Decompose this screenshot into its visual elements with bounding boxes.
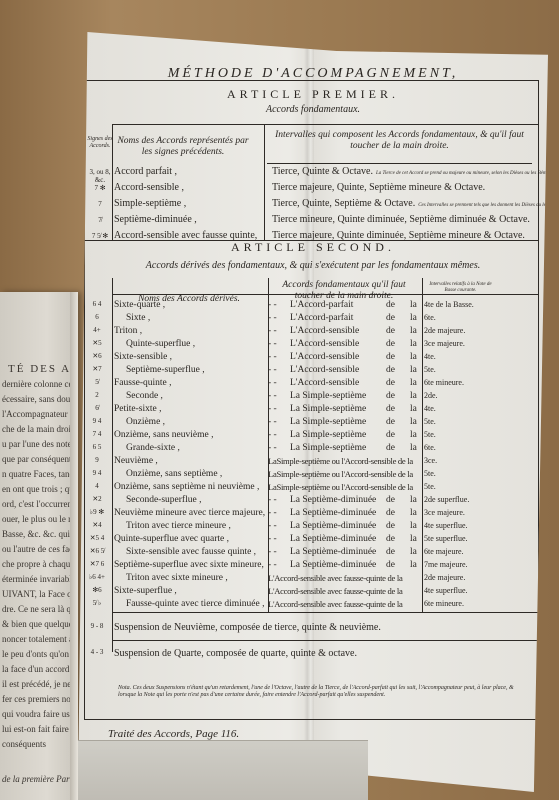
bass-interval: 3ce. — [424, 456, 437, 465]
derived-chord-row: ✕5 4Quinte-superflue avec quarte ,- -La … — [82, 534, 502, 546]
derived-chord-name: Triton avec tierce mineure , — [126, 521, 231, 531]
chord-sign: 7 — [86, 200, 114, 208]
dash-leader: - - — [268, 365, 290, 375]
dash-leader: - - — [268, 495, 290, 505]
bass-interval: 2de majeure. — [424, 573, 465, 582]
chord-sign: 7 ✻ — [86, 184, 114, 192]
fundamental-chord: - -L'Accord-sensibledela — [268, 339, 423, 349]
bass-interval: 3ce majeure. — [424, 508, 465, 517]
dash-leader: - - — [268, 352, 290, 362]
chord-sign: 7̸ — [86, 216, 114, 224]
chord-intervals: Tierce, Quinte & Octave.La Tierce de cet… — [272, 166, 559, 177]
chord-note: Ces Intervalles se prennent tels que les… — [418, 203, 559, 208]
fundamental-chord: - -L'Accord-parfaitdela — [268, 300, 423, 310]
chord-sign: ✕2 — [82, 495, 112, 503]
left-page-line: noncer totalement à la connoissance — [0, 632, 78, 647]
chord-sign: 9 — [82, 456, 112, 464]
derived-chord-row: ✕5Quinte-superflue ,- -L'Accord-sensible… — [82, 339, 502, 351]
derived-chord-name: Septième-superflue , — [126, 365, 205, 375]
left-page-line: fer ces premiers notions à ceux — [0, 692, 78, 707]
derived-chord-row: 5̸ ♭Fausse-quinte avec tierce diminuée ,… — [82, 599, 502, 611]
fundamental-chord: - -La Simple-septièmedela — [268, 391, 423, 401]
left-page-line: ou l'autre de ces faces, mais que — [0, 542, 78, 557]
derived-chord-name: Quinte-superflue avec quarte , — [114, 534, 229, 544]
left-page-line: u par l'une des notes qui le — [0, 437, 78, 452]
chord-sign: 7 4 — [82, 430, 112, 438]
chord-sign: 6 — [82, 313, 112, 321]
fundamental-chord-row: Accord-sensible ,Tierce majeure, Quinte,… — [114, 182, 540, 197]
fundamental-chord: - -La Simple-septièmedela — [268, 404, 423, 414]
derived-chord-name: Petite-sixte , — [114, 404, 162, 414]
dash-leader: - - — [268, 339, 290, 349]
left-page-signature: de la première Partie — [0, 772, 78, 787]
derived-chord-row: ✕7Septième-superflue ,- -L'Accord-sensib… — [82, 365, 502, 377]
chord-sign: 5̸ — [82, 378, 112, 386]
left-page-line: ord, c'est l'occurrence, le son — [0, 497, 78, 512]
left-page-line: conséquents — [0, 737, 78, 752]
derived-chord-name: Quinte-superflue , — [126, 339, 195, 349]
chord-sign: 6̸ — [82, 404, 112, 412]
left-page-line: n quatre Faces, tandis que les — [0, 467, 78, 482]
derived-chord-row: 6 4Sixte-quarte ,- -L'Accord-parfaitdela… — [82, 300, 502, 312]
chord-sign: ♭6 4+ — [82, 573, 112, 581]
derived-chord-row: ♭6 4+Triton avec sixte mineure ,L'Accord… — [82, 573, 502, 585]
derived-chord-name: Grande-sixte , — [126, 443, 180, 453]
left-page-line: UIVANT, la Face qui appelle ou — [0, 587, 78, 602]
chord-sign: 4+ — [82, 326, 112, 334]
left-page-line: & bien que quelques remarques — [0, 617, 78, 632]
derived-chord-row: 9 4Onzième ,- -La Simple-septièmedela5te… — [82, 417, 502, 429]
derived-chord-row: 6 5Grande-sixte ,- -La Simple-septièmede… — [82, 443, 502, 455]
fundamental-chord: - -L'Accord-parfaitdela — [268, 313, 423, 323]
left-page-line: la face d'un accord & celle — [0, 662, 78, 677]
chord-intervals: Tierce majeure, Quinte, Septième mineure… — [272, 182, 488, 193]
left-page-line: que par conséquent les accords — [0, 452, 78, 467]
chord-sign: 3, ou 8, &c. — [86, 168, 114, 184]
derived-chord-name: Onzième, sans septième ni neuvième , — [114, 482, 259, 492]
chord-sign: 9 4 — [82, 469, 112, 477]
bass-interval: 3ce majeure. — [424, 339, 465, 348]
fundamental-chord: - -La Septième-diminuéedela — [268, 521, 423, 531]
derived-chord-name: Onzième, sans neuvième , — [114, 430, 213, 440]
fundamental-chord: LaSimple-septième ou l'Accord-sensible d… — [268, 482, 423, 493]
derived-chord-name: Seconde-superflue , — [126, 495, 201, 505]
bass-interval: 4te superflue. — [424, 586, 468, 595]
bass-interval: 6te majeure. — [424, 547, 464, 556]
derived-chord-row: 5̸Fausse-quinte ,- -L'Accord-sensibledel… — [82, 378, 502, 390]
derived-chord-row: ✕6Sixte-sensible ,- -L'Accord-sensiblede… — [82, 352, 502, 364]
fundamental-chord: L'Accord-sensible avec fausse-quinte de … — [268, 586, 423, 597]
article1-heading: ARTICLE PREMIER. — [78, 87, 548, 102]
col-interval-header: Intervalles relatifs à la Note de Basse … — [423, 282, 498, 294]
bass-interval: 5te. — [424, 417, 436, 426]
fundamental-chord: - -La Septième-diminuéedela — [268, 560, 423, 570]
derived-chord-row: ✕2Seconde-superflue ,- -La Septième-dimi… — [82, 495, 502, 507]
derived-chord-row: 6Sixte ,- -L'Accord-parfaitdela6te. — [82, 313, 502, 325]
dash-leader: - - — [268, 508, 290, 518]
chord-sign: 6 4 — [82, 300, 112, 308]
dash-leader: - - — [268, 404, 290, 414]
fundamental-chord: - -L'Accord-sensibledela — [268, 378, 423, 388]
derived-chord-row: 4Onzième, sans septième ni neuvième ,LaS… — [82, 482, 502, 494]
left-page-text: dernière colonne ce mêmeécessaire, sans … — [0, 377, 78, 752]
fundamental-chord: - -L'Accord-sensibledela — [268, 365, 423, 375]
derived-chord-name: Septième-superflue avec sixte mineure, — [114, 560, 264, 570]
chord-sign: 6 5 — [82, 443, 112, 451]
derived-chord-name: Neuvième mineure avec tierce majeure, — [114, 508, 265, 518]
left-page-line: l'Accompagnateur que la — [0, 407, 78, 422]
fundamental-chord: - -L'Accord-sensibledela — [268, 352, 423, 362]
chord-note: La Tierce de cet Accord se prend ou maje… — [376, 171, 559, 176]
derived-chord-row: 2Seconde ,- -La Simple-septièmedela2de. — [82, 391, 502, 403]
bass-interval: 4te. — [424, 352, 436, 361]
derived-chord-row: ✕7 6Septième-superflue avec sixte mineur… — [82, 560, 502, 572]
left-book-page: TÉ DES ACC dernière colonne ce mêmeécess… — [0, 292, 78, 800]
fundamental-chord: - -La Simple-septièmedela — [268, 417, 423, 427]
fundamental-chord: - -La Simple-septièmedela — [268, 443, 423, 453]
left-page-line: che propre à chaque face d'un Accord, — [0, 557, 78, 572]
left-page-heading: TÉ DES ACC — [0, 362, 78, 377]
derived-chord-name: Onzième , — [126, 417, 165, 427]
chord-sign: 9 4 — [82, 417, 112, 425]
left-page-line: dernière colonne ce même — [0, 377, 78, 392]
fundamental-chord: - -La Septième-diminuéedela — [268, 508, 423, 518]
dash-leader: - - — [268, 534, 290, 544]
bass-interval: 6te. — [424, 443, 436, 452]
left-page-line: qui voudra faire usage de ma — [0, 707, 78, 722]
bass-interval: 4te superflue. — [424, 521, 468, 530]
fundamental-chord: L'Accord-sensible avec fausse-quinte de … — [268, 599, 423, 610]
derived-chord-name: Triton , — [114, 326, 142, 336]
derived-chord-name: Sixte-superflue , — [114, 586, 177, 596]
fundamental-chord: L'Accord-sensible avec fausse-quinte de … — [268, 573, 423, 584]
chord-sign: ✕5 4 — [82, 534, 112, 542]
bass-interval: 2de majeure. — [424, 326, 465, 335]
book-page-stack — [78, 740, 368, 800]
bass-interval: 6te mineure. — [424, 378, 464, 387]
left-page-line: le peu d'onts qu'on leur veut — [0, 647, 78, 662]
chord-intervals: Tierce mineure, Quinte diminuée, Septièm… — [272, 214, 533, 225]
dash-leader: - - — [268, 300, 290, 310]
bass-interval: 4te. — [424, 404, 436, 413]
page-edge — [70, 292, 78, 800]
derived-chord-name: Triton avec sixte mineure , — [126, 573, 228, 583]
dash-leader: - - — [268, 391, 290, 401]
left-page-line: en ont que trois ; que, par rapport — [0, 482, 78, 497]
fundamental-chord: - -La Septième-diminuéedela — [268, 547, 423, 557]
chord-name: Accord parfait , — [114, 166, 264, 177]
chord-intervals: Tierce, Quinte, Septième & Octave.Ces In… — [272, 198, 559, 209]
dash-leader: - - — [268, 417, 290, 427]
derived-chord-row: 6̸Petite-sixte ,- -La Simple-septièmedel… — [82, 404, 502, 416]
bass-interval: 7me majeure. — [424, 560, 468, 569]
nota-paragraph: Nota. Ces deux Suspensions n'étant qu'un… — [118, 685, 528, 699]
dash-leader: - - — [268, 560, 290, 570]
left-page-line: lui est-on fait faire une méthode — [0, 722, 78, 737]
dash-leader: - - — [268, 521, 290, 531]
derived-chord-name: Onzième, sans septième , — [126, 469, 222, 479]
chord-name: Accord-sensible , — [114, 182, 264, 193]
derived-chord-row: 9Neuvième ,LaSimple-septième ou l'Accord… — [82, 456, 502, 468]
rule — [112, 612, 539, 613]
derived-chord-row: ♭9 ✻Neuvième mineure avec tierce majeure… — [82, 508, 502, 520]
signs-header: Signes des Accords. — [86, 136, 114, 150]
bass-interval: 2de superflue. — [424, 495, 469, 504]
chord-sign: ✕5 — [82, 339, 112, 347]
dash-leader: - - — [268, 378, 290, 388]
dash-leader: - - — [268, 547, 290, 557]
derived-chord-name: Neuvième , — [114, 456, 158, 466]
bass-interval: 6te. — [424, 313, 436, 322]
derived-chord-name: Seconde , — [126, 391, 163, 401]
bass-interval: 5te. — [424, 365, 436, 374]
fundamental-chord-row: Septième-diminuée ,Tierce mineure, Quint… — [114, 214, 540, 229]
chord-sign: ✕6 — [82, 352, 112, 360]
fundamental-chord: - -La Septième-diminuéedela — [268, 534, 423, 544]
folded-chart-sheet: MÉTHODE D'ACCOMPAGNEMENT, ARTICLE PREMIE… — [78, 32, 548, 792]
bass-interval: 6te mineure. — [424, 599, 464, 608]
document-title: MÉTHODE D'ACCOMPAGNEMENT, — [78, 66, 548, 82]
chord-sign: ✕6 5̸ — [82, 547, 112, 555]
bass-interval: 5te. — [424, 469, 436, 478]
chord-sign: ✕7 6 — [82, 560, 112, 568]
derived-chord-row: 9 4Onzième, sans septième ,LaSimple-sept… — [82, 469, 502, 481]
rule — [112, 640, 539, 641]
derived-chord-name: Fausse-quinte avec tierce diminuée , — [126, 599, 265, 609]
chord-name: Simple-septième , — [114, 198, 264, 209]
col-names-header: Noms des Accords représentés par les sig… — [114, 128, 252, 164]
left-page-line: dre. Ce ne sera là que le premier — [0, 602, 78, 617]
fundamental-chord: - -La Septième-diminuéedela — [268, 495, 423, 505]
dash-leader: - - — [268, 326, 290, 336]
fundamental-chord: - -La Simple-septièmedela — [268, 430, 423, 440]
chord-sign: 7 5̸ ✻ — [86, 232, 114, 240]
page-reference: Traité des Accords, Page 116. — [108, 728, 239, 740]
derived-chord-row: ✻6Sixte-superflue ,L'Accord-sensible ave… — [82, 586, 502, 598]
derived-chord-row: 7 4Onzième, sans neuvième ,- -La Simple-… — [82, 430, 502, 442]
left-page-line: che de la main droite, se présente — [0, 422, 78, 437]
derived-chord-name: Sixte , — [126, 313, 150, 323]
article1-caption: Accords fondamentaux. — [78, 104, 548, 115]
chord-sign: 2 — [82, 391, 112, 399]
bass-interval: 5te superflue. — [424, 534, 468, 543]
chord-sign: ✕7 — [82, 365, 112, 373]
derived-chord-name: Sixte-quarte , — [114, 300, 165, 310]
bass-interval: 2de. — [424, 391, 438, 400]
article2-heading: ARTICLE SECOND. — [78, 240, 548, 255]
chord-sign: 5̸ ♭ — [82, 599, 112, 607]
derived-chord-row: ✕4Triton avec tierce mineure ,- -La Sept… — [82, 521, 502, 533]
chord-sign: ♭9 ✻ — [82, 508, 112, 516]
col-fundamental-header: Accords fondamentaux qu'il faut toucher … — [270, 280, 418, 302]
fundamental-chord: - -L'Accord-sensibledela — [268, 326, 423, 336]
chord-name: Septième-diminuée , — [114, 214, 264, 225]
derived-chord-name: Sixte-sensible , — [114, 352, 172, 362]
col-intervals-header: Intervalles qui composent les Accords fo… — [267, 128, 532, 164]
left-page-line: il est précédé, je ne sais rien — [0, 677, 78, 692]
bass-interval: 5te. — [424, 482, 436, 491]
chord-sign: ✻6 — [82, 586, 112, 594]
left-page-line: ouer, le plus ou le moins de — [0, 512, 78, 527]
dash-leader: - - — [268, 430, 290, 440]
bass-interval: 5te. — [424, 430, 436, 439]
bass-interval: 4te de la Basse. — [424, 300, 474, 309]
fundamental-chord: LaSimple-septième ou l'Accord-sensible d… — [268, 469, 423, 480]
derived-chord-name: Sixte-sensible avec fausse quinte , — [126, 547, 256, 557]
left-page-line: éterminée invariablement, pour — [0, 572, 78, 587]
rule — [112, 124, 539, 125]
left-page-line: écessaire, sans doute, de bien — [0, 392, 78, 407]
derived-chord-name: Fausse-quinte , — [114, 378, 172, 388]
fundamental-chord: LaSimple-septième ou l'Accord-sensible d… — [268, 456, 423, 467]
fundamental-chord-row: Simple-septième ,Tierce, Quinte, Septièm… — [114, 198, 540, 213]
chord-sign: ✕4 — [82, 521, 112, 529]
dash-leader: - - — [268, 313, 290, 323]
dash-leader: - - — [268, 443, 290, 453]
derived-chord-row: 4+Triton ,- -L'Accord-sensibledela2de ma… — [82, 326, 502, 338]
derived-chord-row: ✕6 5̸Sixte-sensible avec fausse quinte ,… — [82, 547, 502, 559]
left-page-line: Basse, &c. &c. qui détermine — [0, 527, 78, 542]
article2-caption: Accords dérivés des fondamentaux, & qui … — [78, 260, 548, 271]
chord-sign: 4 — [82, 482, 112, 490]
fundamental-chord-row: Accord parfait ,Tierce, Quinte & Octave.… — [114, 166, 540, 181]
